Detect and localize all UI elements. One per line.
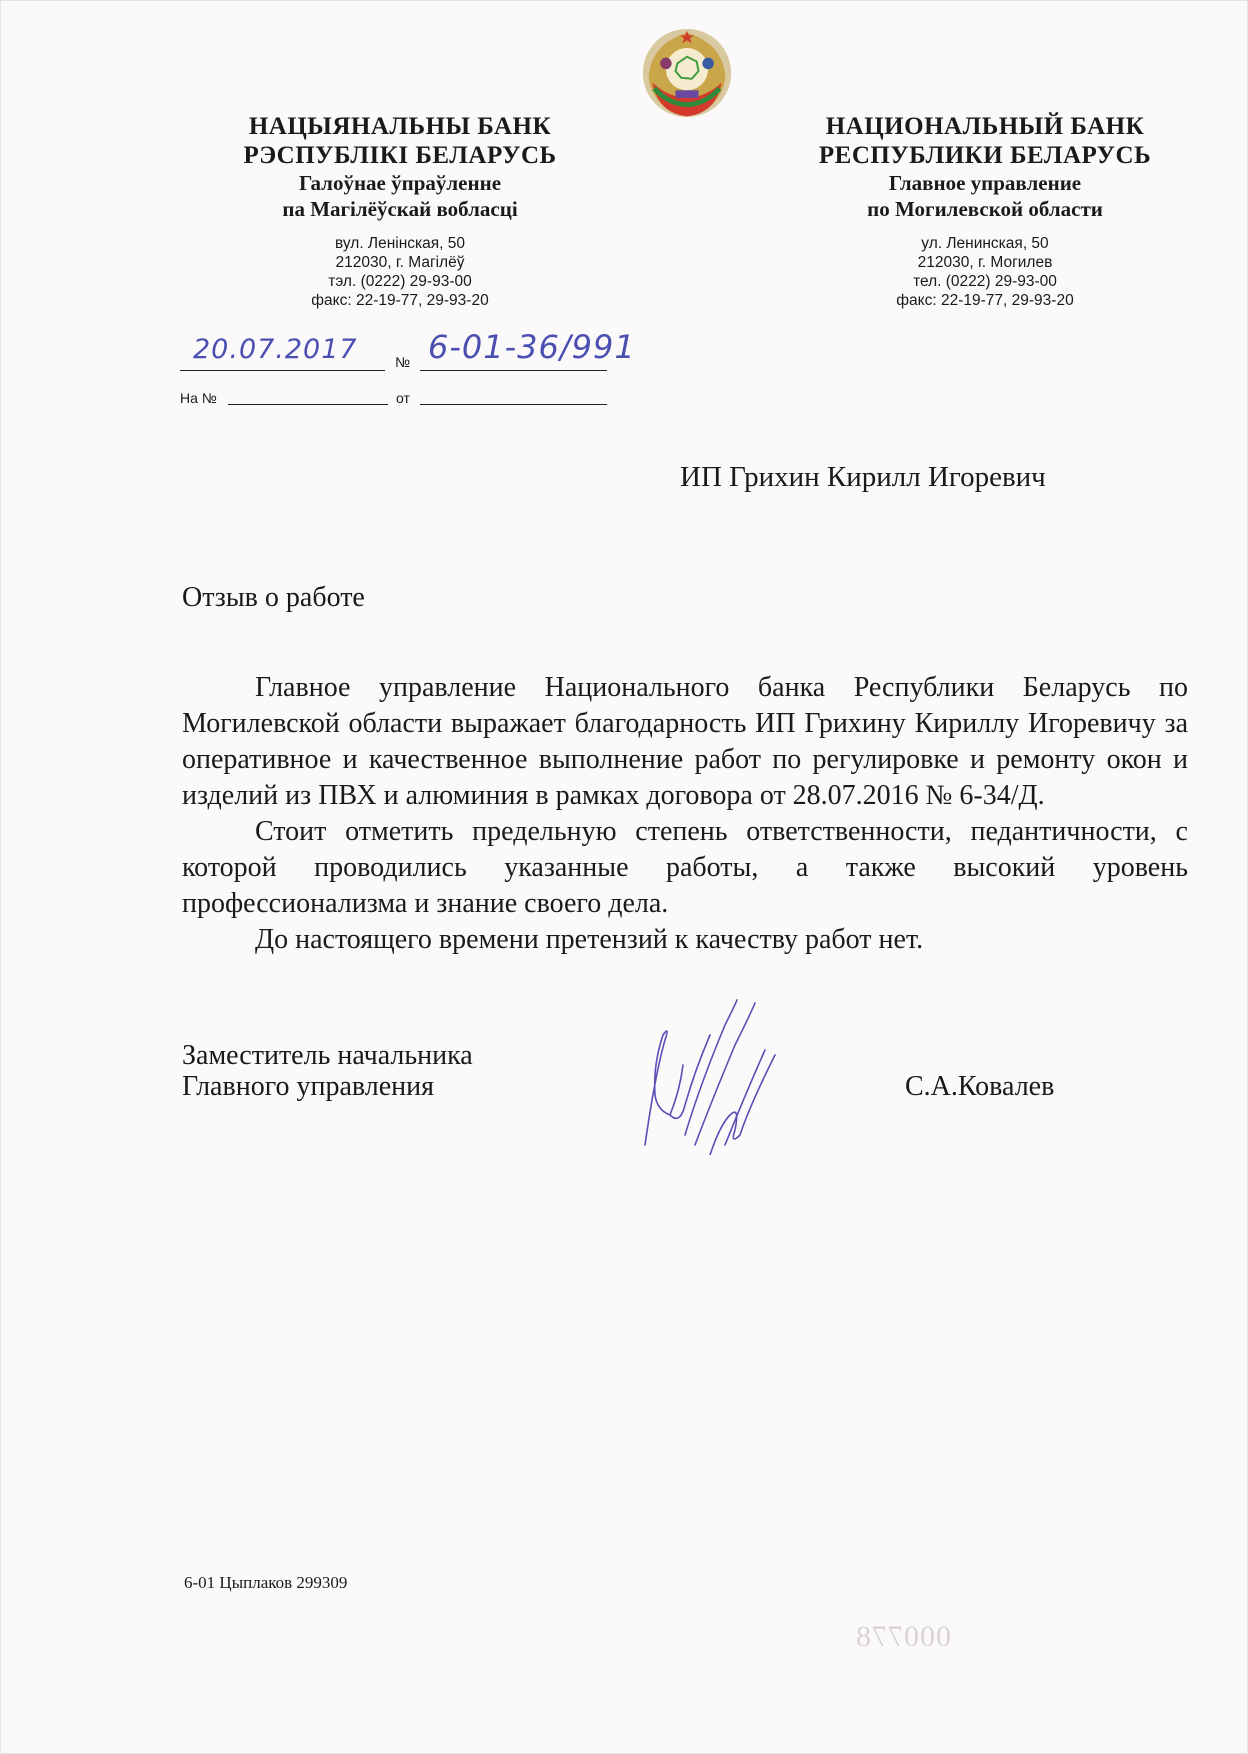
address-city: 212030, г. Магілёў [190, 253, 610, 272]
signatory-title: Заместитель начальника Главного управлен… [182, 1040, 473, 1102]
department-line2: па Магілёўскай вобласці [190, 197, 610, 222]
recipient: ИП Грихин Кирилл Игоревич [680, 461, 1046, 494]
handwritten-date: 20.07.2017 [193, 334, 358, 365]
address-street: вул. Ленінская, 50 [190, 234, 610, 253]
department-line2: по Могилевской области [775, 197, 1195, 222]
paragraph: До настоящего времени претензий к качест… [182, 922, 1188, 958]
number-label: № [395, 354, 410, 370]
handwritten-number: 6-01-36/991 [428, 328, 636, 366]
header-belarusian: НАЦЫЯНАЛЬНЫ БАНК РЭСПУБЛІКІ БЕЛАРУСЬ Гал… [190, 112, 610, 310]
from-label: от [396, 390, 410, 406]
fax: факс: 22-19-77, 29-93-20 [775, 291, 1195, 310]
bank-name-line1: НАЦЫЯНАЛЬНЫ БАНК [190, 112, 610, 141]
sheet-number: 000778 [855, 1620, 951, 1654]
date-line [180, 370, 385, 371]
subject: Отзыв о работе [182, 582, 365, 614]
phone: тэл. (0222) 29-93-00 [190, 272, 610, 291]
signatory-title-line2: Главного управления [182, 1071, 473, 1102]
from-line [420, 404, 607, 405]
bank-name-line2: РЭСПУБЛІКІ БЕЛАРУСЬ [190, 141, 610, 170]
reply-to-label: На № [180, 390, 217, 406]
fax: факс: 22-19-77, 29-93-20 [190, 291, 610, 310]
paragraph: Стоит отметить предельную степень ответс… [182, 814, 1188, 922]
bank-name-line1: НАЦИОНАЛЬНЫЙ БАНК [775, 112, 1195, 141]
executor-note: 6-01 Цыплаков 299309 [184, 1573, 347, 1593]
department-line1: Галоўнае ўпраўленне [190, 171, 610, 196]
address-street: ул. Ленинская, 50 [775, 234, 1195, 253]
handwritten-signature-icon [625, 995, 855, 1155]
letter-body: Главное управление Национального банка Р… [182, 670, 1188, 958]
number-line [420, 370, 607, 371]
address-city: 212030, г. Могилев [775, 253, 1195, 272]
department-line1: Главное управление [775, 171, 1195, 196]
header-russian: НАЦИОНАЛЬНЫЙ БАНК РЕСПУБЛИКИ БЕЛАРУСЬ Гл… [775, 112, 1195, 310]
paragraph: Главное управление Национального банка Р… [182, 670, 1188, 814]
coat-of-arms-icon [639, 25, 735, 121]
signatory-title-line1: Заместитель начальника [182, 1040, 473, 1071]
phone: тел. (0222) 29-93-00 [775, 272, 1195, 291]
signatory-name: С.А.Ковалев [905, 1071, 1054, 1103]
bank-name-line2: РЕСПУБЛИКИ БЕЛАРУСЬ [775, 141, 1195, 170]
reply-to-line [228, 404, 388, 405]
